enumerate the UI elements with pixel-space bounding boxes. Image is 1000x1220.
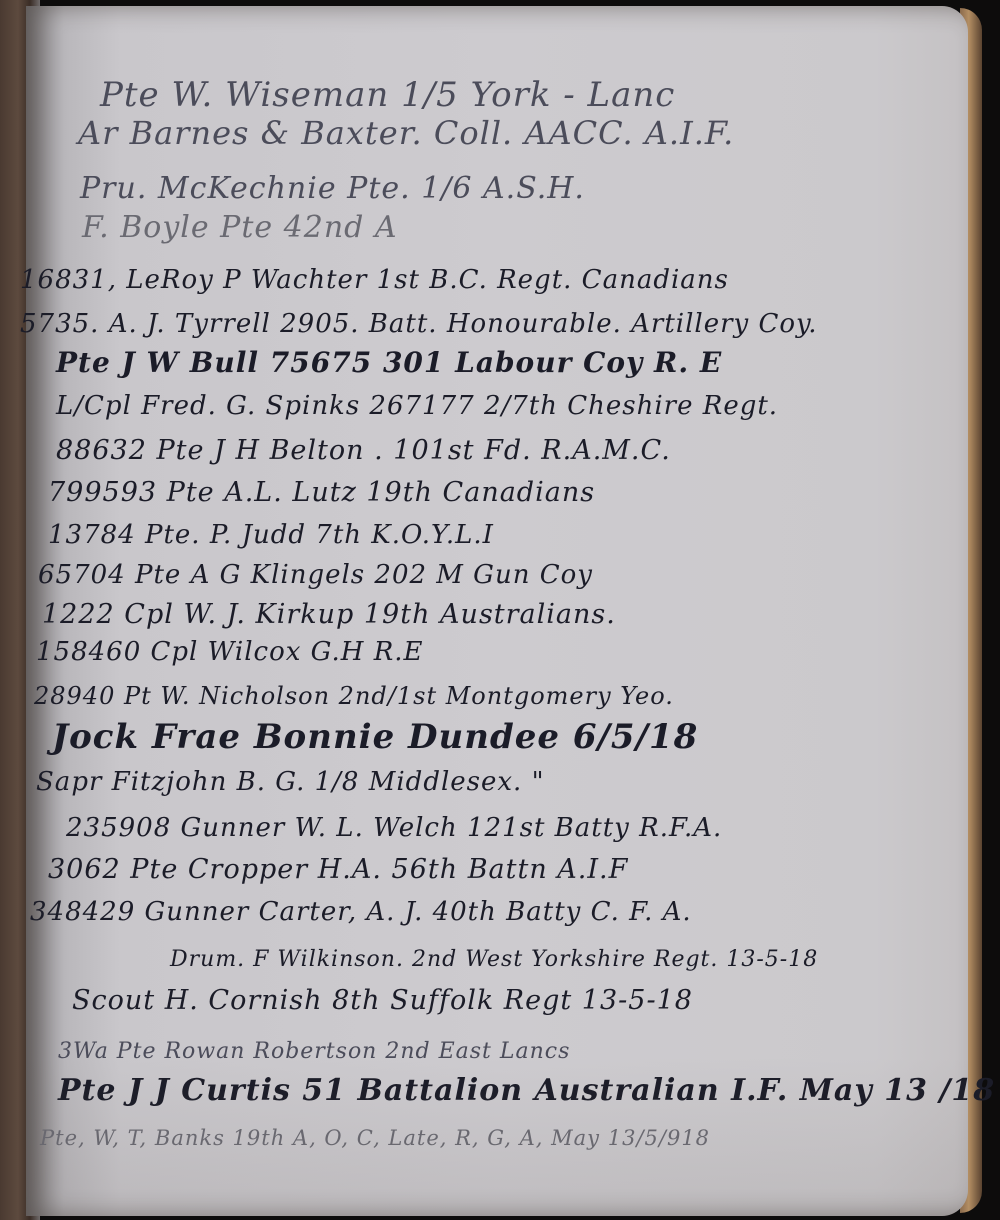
handwritten-entry: 348429 Gunner Carter, A. J. 40th Batty C… xyxy=(30,897,692,927)
handwritten-entry: 3062 Pte Cropper H.A. 56th Battn A.I.F xyxy=(48,854,628,885)
handwritten-entry: 1222 Cpl W. J. Kirkup 19th Australians. xyxy=(42,599,616,630)
handwritten-entry: 3Wa Pte Rowan Robertson 2nd East Lancs xyxy=(58,1039,570,1064)
handwritten-entry: 158460 Cpl Wilcox G.H R.E xyxy=(36,637,424,667)
handwritten-entry: Pru. McKechnie Pte. 1/6 A.S.H. xyxy=(80,171,585,206)
handwritten-entry: L/Cpl Fred. G. Spinks 267177 2/7th Chesh… xyxy=(56,391,778,421)
handwritten-entry: Pte W. Wiseman 1/5 York - Lanc xyxy=(100,75,675,115)
handwritten-entry: 65704 Pte A G Klingels 202 M Gun Coy xyxy=(38,560,593,590)
handwritten-entry: Pte J J Curtis 51 Battalion Australian I… xyxy=(58,1073,995,1108)
handwritten-entry: Pte J W Bull 75675 301 Labour Coy R. E xyxy=(56,346,722,379)
handwritten-entry: 799593 Pte A.L. Lutz 19th Canadians xyxy=(48,477,595,508)
notebook-page: Pte W. Wiseman 1/5 York - LancAr Barnes … xyxy=(26,6,968,1216)
handwritten-entry: Scout H. Cornish 8th Suffolk Regt 13-5-1… xyxy=(72,985,693,1016)
photo-stage: Pte W. Wiseman 1/5 York - LancAr Barnes … xyxy=(0,0,1000,1220)
handwritten-entry: 235908 Gunner W. L. Welch 121st Batty R.… xyxy=(66,813,722,843)
handwritten-entry: 13784 Pte. P. Judd 7th K.O.Y.L.I xyxy=(48,520,494,550)
handwritten-entry: Ar Barnes & Baxter. Coll. AACC. A.I.F. xyxy=(78,114,734,152)
handwritten-entry: F. Boyle Pte 42nd A xyxy=(82,210,398,245)
handwritten-entry: Sapr Fitzjohn B. G. 1/8 Middlesex. " xyxy=(36,767,545,797)
handwritten-entry: 28940 Pt W. Nicholson 2nd/1st Montgomery… xyxy=(34,682,674,710)
handwritten-entry: 88632 Pte J H Belton . 101st Fd. R.A.M.C… xyxy=(56,435,671,466)
handwritten-entry: Jock Frae Bonnie Dundee 6/5/18 xyxy=(52,717,698,757)
handwritten-entry: Drum. F Wilkinson. 2nd West Yorkshire Re… xyxy=(170,947,818,972)
handwritten-entry: 16831, LeRoy P Wachter 1st B.C. Regt. Ca… xyxy=(20,265,729,295)
handwritten-entry: Pte, W, T, Banks 19th A, O, C, Late, R, … xyxy=(40,1126,710,1150)
handwritten-entry: 5735. A. J. Tyrrell 2905. Batt. Honourab… xyxy=(20,309,818,339)
